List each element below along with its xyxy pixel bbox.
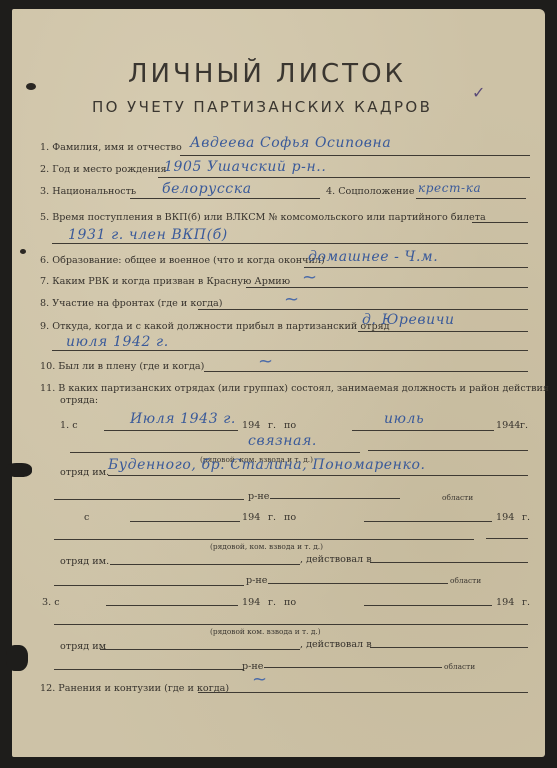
- service-3-g-end: г.: [522, 597, 530, 608]
- service-2-deystvoval: , действовал в: [300, 554, 372, 565]
- service-1-otryad-label: отряд им.: [60, 467, 109, 478]
- field-2-label: 2. Год и место рождения: [40, 164, 167, 175]
- service-3-deystvoval: , действовал в: [300, 639, 372, 650]
- service-2-rne: р-не: [246, 575, 267, 586]
- check-mark-icon: ✓: [472, 83, 485, 102]
- service-1-position[interactable]: связная.: [248, 433, 317, 449]
- service-1-g: г.: [268, 420, 276, 431]
- service-1-year-end: 1944: [496, 420, 520, 431]
- field-5-label: 5. Время поступления в ВКП(б) или ВЛКСМ …: [40, 212, 486, 223]
- service-1-year: 194: [242, 420, 260, 431]
- field-10-label: 10. Был ли в плену (где и когда): [40, 361, 204, 372]
- field-11-label: 11. В каких партизанских отрядах (или гр…: [40, 383, 549, 394]
- field-12-value[interactable]: ~: [252, 669, 267, 690]
- service-2-oblasti: области: [450, 576, 481, 585]
- service-3-position-hint: (рядовой ком. взвода и т. д.): [210, 627, 321, 636]
- field-11-label-2: отряда:: [60, 395, 98, 406]
- field-2-value[interactable]: 1905 Ушачский р-н..: [164, 159, 326, 175]
- page-subtitle: ПО УЧЕТУ ПАРТИЗАНСКИХ КАДРОВ: [92, 98, 432, 116]
- field-5-value[interactable]: 1931 г. член ВКП(б): [68, 227, 228, 243]
- service-2-year: 194: [242, 512, 260, 523]
- service-2-num: с: [84, 512, 89, 523]
- field-4-value[interactable]: крест-ка: [418, 181, 481, 195]
- field-6-label: 6. Образование: общее и военное (что и к…: [40, 255, 325, 266]
- field-8-label: 8. Участие на фронтах (где и когда): [40, 298, 223, 309]
- service-3-num: 3. с: [42, 597, 60, 608]
- service-2-g: г.: [268, 512, 276, 523]
- service-1-rne: р-не: [248, 491, 269, 502]
- service-3-year-end: 194: [496, 597, 514, 608]
- field-3-label: 3. Национальность: [40, 186, 136, 197]
- field-7-label: 7. Каким РВК и когда призван в Красную А…: [40, 276, 290, 287]
- service-2-po: по: [284, 512, 296, 523]
- service-1-to[interactable]: июль: [384, 411, 424, 427]
- field-3-value[interactable]: белорусска: [162, 181, 252, 197]
- field-1-value[interactable]: Авдеева Софья Осиповна: [190, 135, 391, 151]
- service-1-num: 1. с: [60, 420, 78, 431]
- service-2-g-end: г.: [522, 512, 530, 523]
- document-page: ЛИЧНЫЙ ЛИСТОК ПО УЧЕТУ ПАРТИЗАНСКИХ КАДР…: [12, 9, 545, 757]
- service-3-po: по: [284, 597, 296, 608]
- service-1-g-end: г.: [520, 420, 528, 431]
- service-2-otryad-label: отряд им.: [60, 556, 109, 567]
- field-8-value[interactable]: ~: [284, 289, 299, 310]
- service-3-otryad-label: отряд им: [60, 641, 106, 652]
- page-title: ЛИЧНЫЙ ЛИСТОК: [128, 59, 406, 89]
- field-9-value-2[interactable]: июля 1942 г.: [66, 334, 169, 350]
- service-3-g: г.: [268, 597, 276, 608]
- field-7-value[interactable]: ~: [302, 267, 317, 288]
- field-6-value[interactable]: домашнее - Ч.м.: [308, 249, 438, 265]
- service-1-from[interactable]: Июля 1943 г.: [130, 411, 236, 427]
- field-9-label: 9. Откуда, когда и с какой должности при…: [40, 321, 390, 332]
- field-9-value[interactable]: д. Юревичи: [362, 312, 455, 328]
- service-1-po: по: [284, 420, 296, 431]
- field-4-label: 4. Соцположение: [326, 186, 415, 197]
- service-2-position-hint: (рядовой, ком. взвода и т. д.): [210, 542, 323, 551]
- service-3-oblasti: области: [444, 662, 475, 671]
- field-10-value[interactable]: ~: [258, 351, 273, 372]
- service-3-year: 194: [242, 597, 260, 608]
- field-1-label: 1. Фамилия, имя и отчество: [40, 142, 182, 153]
- service-1-oblasti: области: [442, 493, 473, 502]
- service-2-year-end: 194: [496, 512, 514, 523]
- service-1-otryad-value[interactable]: Буденного, бр. Сталина, Пономаренко.: [108, 457, 426, 473]
